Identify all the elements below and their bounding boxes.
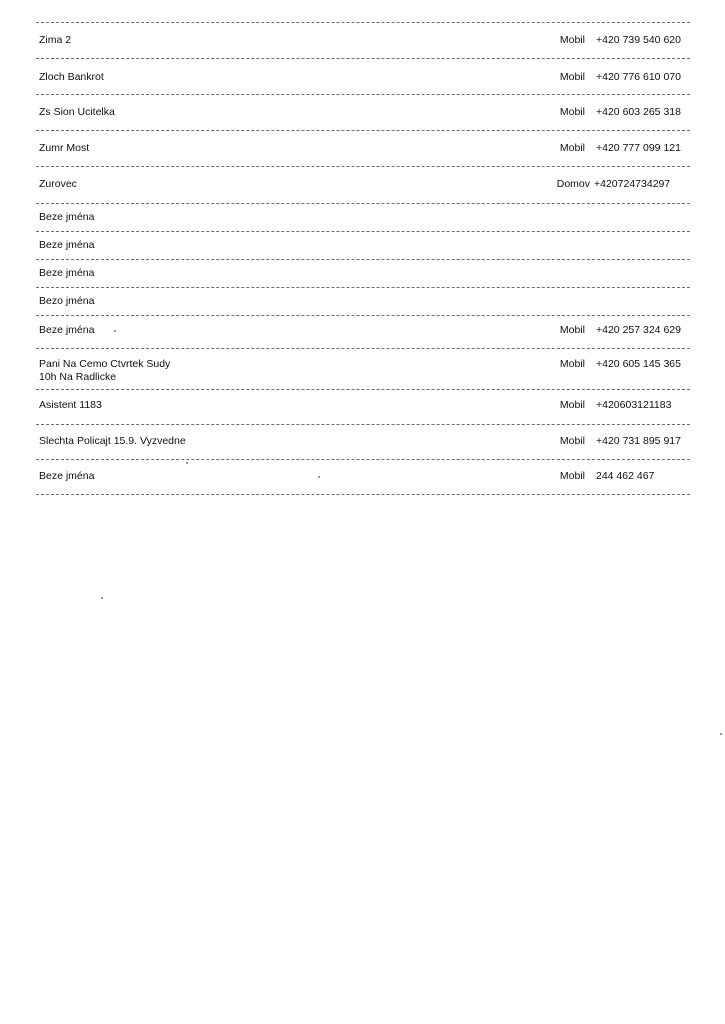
- divider: [36, 494, 690, 495]
- contact-row: Zloch Bankrot Mobil +420 776 610 070: [36, 59, 690, 94]
- contact-phone-type: Mobil: [560, 399, 585, 412]
- contact-phone: +420 777 099 121: [596, 142, 681, 155]
- scan-speck: [186, 462, 188, 464]
- contact-row: Zs Sion Ucitelka Mobil +420 603 265 318: [36, 95, 690, 130]
- contact-name: Asistent 1183: [39, 399, 102, 412]
- contact-row: Slechta Policajt 15.9. Vyzvedne Mobil +4…: [36, 425, 690, 459]
- contact-row: Beze jména Mobil +420 257 324 629: [36, 316, 690, 348]
- contact-name: Zima 2: [39, 34, 71, 47]
- contact-row: Beze jména: [36, 260, 690, 287]
- contact-row: Beze jména Mobil 244 462 467: [36, 460, 690, 494]
- contact-name: Beze jména: [39, 239, 94, 252]
- contact-phone: +420 257 324 629: [596, 324, 681, 337]
- contact-row: Zumr Most Mobil +420 777 099 121: [36, 131, 690, 166]
- contact-name: Zumr Most: [39, 142, 89, 155]
- contact-name: Zloch Bankrot: [39, 71, 104, 84]
- contact-phone-type: Mobil: [560, 71, 585, 84]
- contact-row: Zima 2 Mobil +420 739 540 620: [36, 23, 690, 58]
- contact-phone-type: Domov: [557, 178, 590, 191]
- scan-speck: [114, 330, 116, 332]
- contact-row: Bezo jména: [36, 288, 690, 315]
- contact-row: Beze jména: [36, 232, 690, 259]
- contact-name: Beze jména: [39, 470, 94, 483]
- contact-list: Zima 2 Mobil +420 739 540 620 Zloch Bank…: [36, 22, 690, 495]
- contact-name: Beze jména: [39, 267, 94, 280]
- contact-name: Zurovec: [39, 178, 77, 191]
- contact-phone-type: Mobil: [560, 358, 585, 371]
- contact-row: Zurovec Domov +420724734297: [36, 167, 690, 203]
- scan-speck: [101, 597, 103, 599]
- contact-phone-type: Mobil: [560, 142, 585, 155]
- contact-name: Pani Na Cemo Ctvrtek Sudy 10h Na Radlick…: [39, 358, 170, 384]
- contact-phone: +420603121183: [596, 399, 671, 412]
- scan-speck: [318, 476, 320, 478]
- contact-name: Zs Sion Ucitelka: [39, 106, 115, 119]
- contact-phone: +420 739 540 620: [596, 34, 681, 47]
- contact-phone: 244 462 467: [596, 470, 654, 483]
- contact-phone-type: Mobil: [560, 470, 585, 483]
- contact-phone-type: Mobil: [560, 435, 585, 448]
- contact-phone: +420724734297: [594, 178, 670, 191]
- contact-phone-type: Mobil: [560, 324, 585, 337]
- contact-name: Slechta Policajt 15.9. Vyzvedne: [39, 435, 186, 448]
- contact-row: Asistent 1183 Mobil +420603121183: [36, 390, 690, 424]
- contact-phone-type: Mobil: [560, 106, 585, 119]
- contact-row: Beze jména: [36, 204, 690, 231]
- contact-name: Beze jména: [39, 324, 94, 337]
- contact-row: Pani Na Cemo Ctvrtek Sudy 10h Na Radlick…: [36, 349, 690, 389]
- contact-phone: +420 731 895 917: [596, 435, 681, 448]
- contact-phone: +420 603 265 318: [596, 106, 681, 119]
- contact-name: Bezo jména: [39, 295, 94, 308]
- contact-phone: +420 776 610 070: [596, 71, 681, 84]
- scan-speck: [720, 733, 722, 735]
- contact-phone: +420 605 145 365: [596, 358, 681, 371]
- contact-phone-type: Mobil: [560, 34, 585, 47]
- contact-name: Beze jména: [39, 211, 94, 224]
